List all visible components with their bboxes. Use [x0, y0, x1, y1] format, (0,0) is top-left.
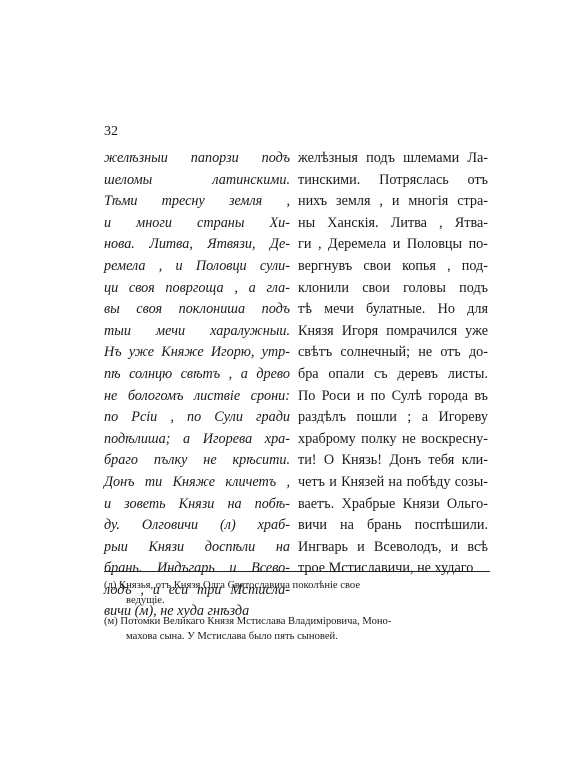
text-line: четъ и Князей на побѣду созы-: [298, 472, 488, 494]
text-line: ны Ханскія. Литва , Ятва-: [298, 213, 488, 235]
footnote-m: (м) Потомки Великаго Князя Мстислава Вла…: [104, 614, 494, 644]
page-number: 32: [104, 124, 118, 140]
text-line: тыи мечи харалужныи.: [104, 321, 290, 343]
text-line: браго пълку не крѣсити.: [104, 450, 290, 472]
footnote-continuation: ведущіе.: [104, 593, 494, 608]
text-line: Князя Игоря помрачился уже: [298, 321, 488, 343]
text-line: Тѣми тресну земля ,: [104, 191, 290, 213]
footnotes: (л) Князья, отъ Князя Олга Святославича …: [104, 578, 494, 650]
left-column-original-text: желѣзныи папорзи подъ шеломы латинскими.…: [104, 148, 290, 623]
footnote-separator-rule: [104, 571, 490, 572]
text-line: Нъ уже Княже Игорю, утр-: [104, 342, 290, 364]
text-line: ги , Деремела и Половцы по-: [298, 234, 488, 256]
text-line: ваетъ. Храбрые Князи Ольго-: [298, 494, 488, 516]
text-line: и многи страны Хи-: [104, 213, 290, 235]
text-line: трое Мстиславичи, не худаго: [298, 558, 488, 580]
text-line: брань. Индъгарь и Всево-: [104, 558, 290, 580]
text-line: Донъ ти Княже кличетъ ,: [104, 472, 290, 494]
text-line: ци своя повргоща , а гла-: [104, 278, 290, 300]
text-line: и зоветь Князи на побѣ-: [104, 494, 290, 516]
text-line: вы своя поклониша подъ: [104, 299, 290, 321]
footnote-continuation: махова сына. У Мстислава было пять сынов…: [104, 629, 494, 644]
text-line: клонили свои головы подъ: [298, 278, 488, 300]
footnote-l: (л) Князья, отъ Князя Олга Святославича …: [104, 578, 494, 608]
footnote-text: Князья, отъ Князя Олга Святославича поко…: [119, 580, 360, 591]
text-line: по Рсіи , по Сули гради: [104, 407, 290, 429]
text-line: рыи Князи доспѣли на: [104, 537, 290, 559]
text-line: свѣтъ солнечный; не отъ до-: [298, 342, 488, 364]
text-line: не бологомъ листвіе срони:: [104, 386, 290, 408]
footnote-marker: (л): [104, 580, 116, 591]
text-line: вичи на брань поспѣшили.: [298, 515, 488, 537]
text-line: подѣлиша; а Игорева хра-: [104, 429, 290, 451]
text-line: пѣ солнцю свѣтъ , а древо: [104, 364, 290, 386]
text-line: По Роси и по Сулѣ города въ: [298, 386, 488, 408]
text-line: нова. Литва, Ятвязи, Де-: [104, 234, 290, 256]
text-line: ремела , и Половци сули-: [104, 256, 290, 278]
footnote-marker: (м): [104, 616, 118, 627]
text-line: шеломы латинскими.: [104, 170, 290, 192]
text-line: бра опали съ деревъ листы.: [298, 364, 488, 386]
text-line: храброму полку не воскресну-: [298, 429, 488, 451]
right-column-translation-text: желѣзныя подъ шлемами Ла- тинскими. Потр…: [298, 148, 488, 580]
text-line: нихъ земля , и многія стра-: [298, 191, 488, 213]
text-line: раздѣлъ пошли ; а Игореву: [298, 407, 488, 429]
text-line: вергнувъ свои копья , под-: [298, 256, 488, 278]
text-line: тинскими. Потряслась отъ: [298, 170, 488, 192]
text-line: тѣ мечи булатные. Но для: [298, 299, 488, 321]
text-line: желѣзныя подъ шлемами Ла-: [298, 148, 488, 170]
text-line: Ингварь и Всеволодъ, и всѣ: [298, 537, 488, 559]
footnote-text: Потомки Великаго Князя Мстислава Владимі…: [120, 616, 391, 627]
text-line: желѣзныи папорзи подъ: [104, 148, 290, 170]
text-line: ду. Олговичи (л) храб-: [104, 515, 290, 537]
text-line: ти! О Князь! Донъ тебя кли-: [298, 450, 488, 472]
